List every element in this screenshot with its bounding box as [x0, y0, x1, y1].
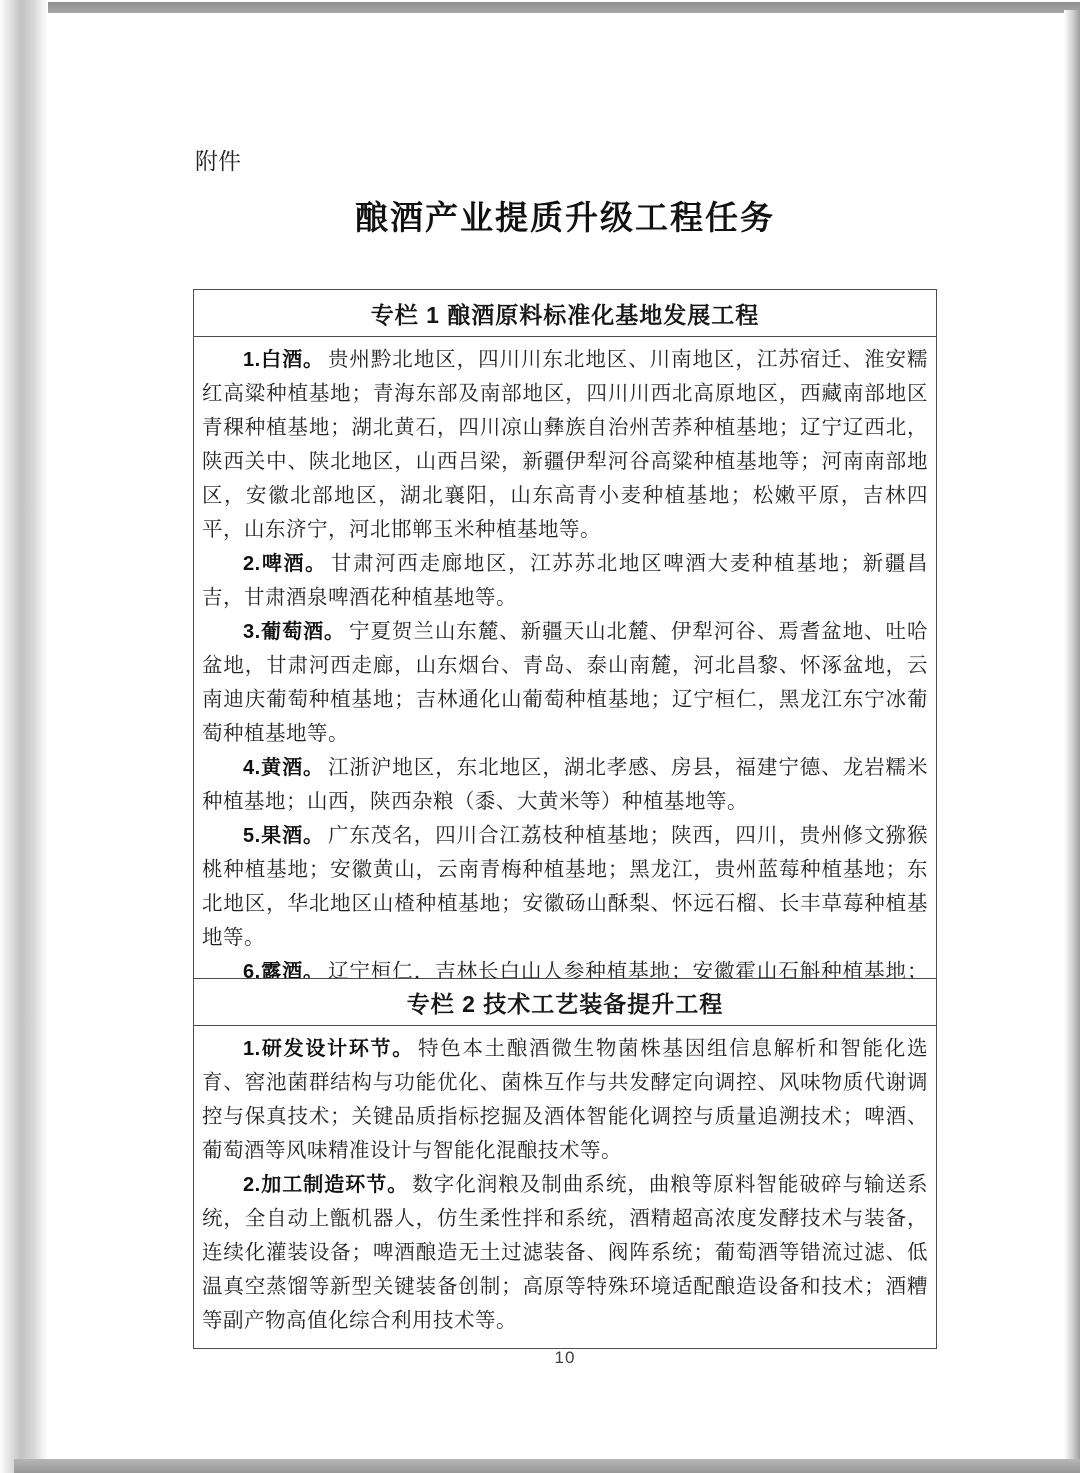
- item-label: 1.白酒。: [243, 349, 324, 371]
- panel-2-body: 1.研发设计环节。特色本土酿酒微生物菌株基因组信息解析和智能化选育、窖池菌群结构…: [194, 1026, 936, 1348]
- item-label: 3.葡萄酒。: [243, 621, 345, 643]
- list-item: 3.葡萄酒。宁夏贺兰山东麓、新疆天山北麓、伊犁河谷、焉耆盆地、吐哈盆地，甘肃河西…: [202, 615, 928, 751]
- panel-1-header: 专栏 1 酿酒原料标准化基地发展工程: [194, 290, 936, 337]
- item-label: 2.啤酒。: [243, 553, 327, 575]
- scanned-document-page: 附件 酿酒产业提质升级工程任务 专栏 1 酿酒原料标准化基地发展工程 1.白酒。…: [0, 0, 1080, 1473]
- panel-1-body: 1.白酒。贵州黔北地区，四川川东北地区、川南地区，江苏宿迁、淮安糯红高粱种植基地…: [194, 337, 936, 1033]
- panel-raw-material-bases: 专栏 1 酿酒原料标准化基地发展工程 1.白酒。贵州黔北地区，四川川东北地区、川…: [193, 289, 937, 1034]
- document-body: 附件 酿酒产业提质升级工程任务 专栏 1 酿酒原料标准化基地发展工程 1.白酒。…: [193, 0, 937, 1473]
- item-label: 5.果酒。: [243, 825, 324, 847]
- item-label: 2.加工制造环节。: [243, 1174, 408, 1196]
- page-edge-shadow-left: [0, 0, 48, 1473]
- list-item: 5.果酒。广东茂名，四川合江荔枝种植基地；陕西，四川，贵州修文猕猴桃种植基地；安…: [202, 819, 928, 955]
- page-title: 酿酒产业提质升级工程任务: [193, 192, 937, 239]
- panel-technology-equipment: 专栏 2 技术工艺装备提升工程 1.研发设计环节。特色本土酿酒微生物菌株基因组信…: [193, 978, 937, 1349]
- panel-2-header: 专栏 2 技术工艺装备提升工程: [194, 979, 936, 1026]
- list-item: 2.啤酒。甘肃河西走廊地区，江苏苏北地区啤酒大麦种植基地；新疆昌吉，甘肃酒泉啤酒…: [202, 547, 928, 615]
- item-label: 1.研发设计环节。: [243, 1038, 414, 1060]
- list-item: 4.黄酒。江浙沪地区，东北地区，湖北孝感、房县，福建宁德、龙岩糯米种植基地；山西…: [202, 751, 928, 819]
- page-number: 10: [193, 1348, 937, 1368]
- item-text: 数字化润粮及制曲系统，曲粮等原料智能破碎与输送系统，全自动上甑机器人，仿生柔性拌…: [202, 1174, 928, 1332]
- item-label: 4.黄酒。: [243, 757, 324, 779]
- page-edge-shadow-right: [1064, 10, 1080, 1473]
- list-item: 2.加工制造环节。数字化润粮及制曲系统，曲粮等原料智能破碎与输送系统，全自动上甑…: [202, 1168, 928, 1338]
- item-text: 贵州黔北地区，四川川东北地区、川南地区，江苏宿迁、淮安糯红高粱种植基地；青海东部…: [202, 349, 928, 541]
- list-item: 1.白酒。贵州黔北地区，四川川东北地区、川南地区，江苏宿迁、淮安糯红高粱种植基地…: [202, 343, 928, 547]
- list-item: 1.研发设计环节。特色本土酿酒微生物菌株基因组信息解析和智能化选育、窖池菌群结构…: [202, 1032, 928, 1168]
- attachment-label: 附件: [195, 143, 241, 176]
